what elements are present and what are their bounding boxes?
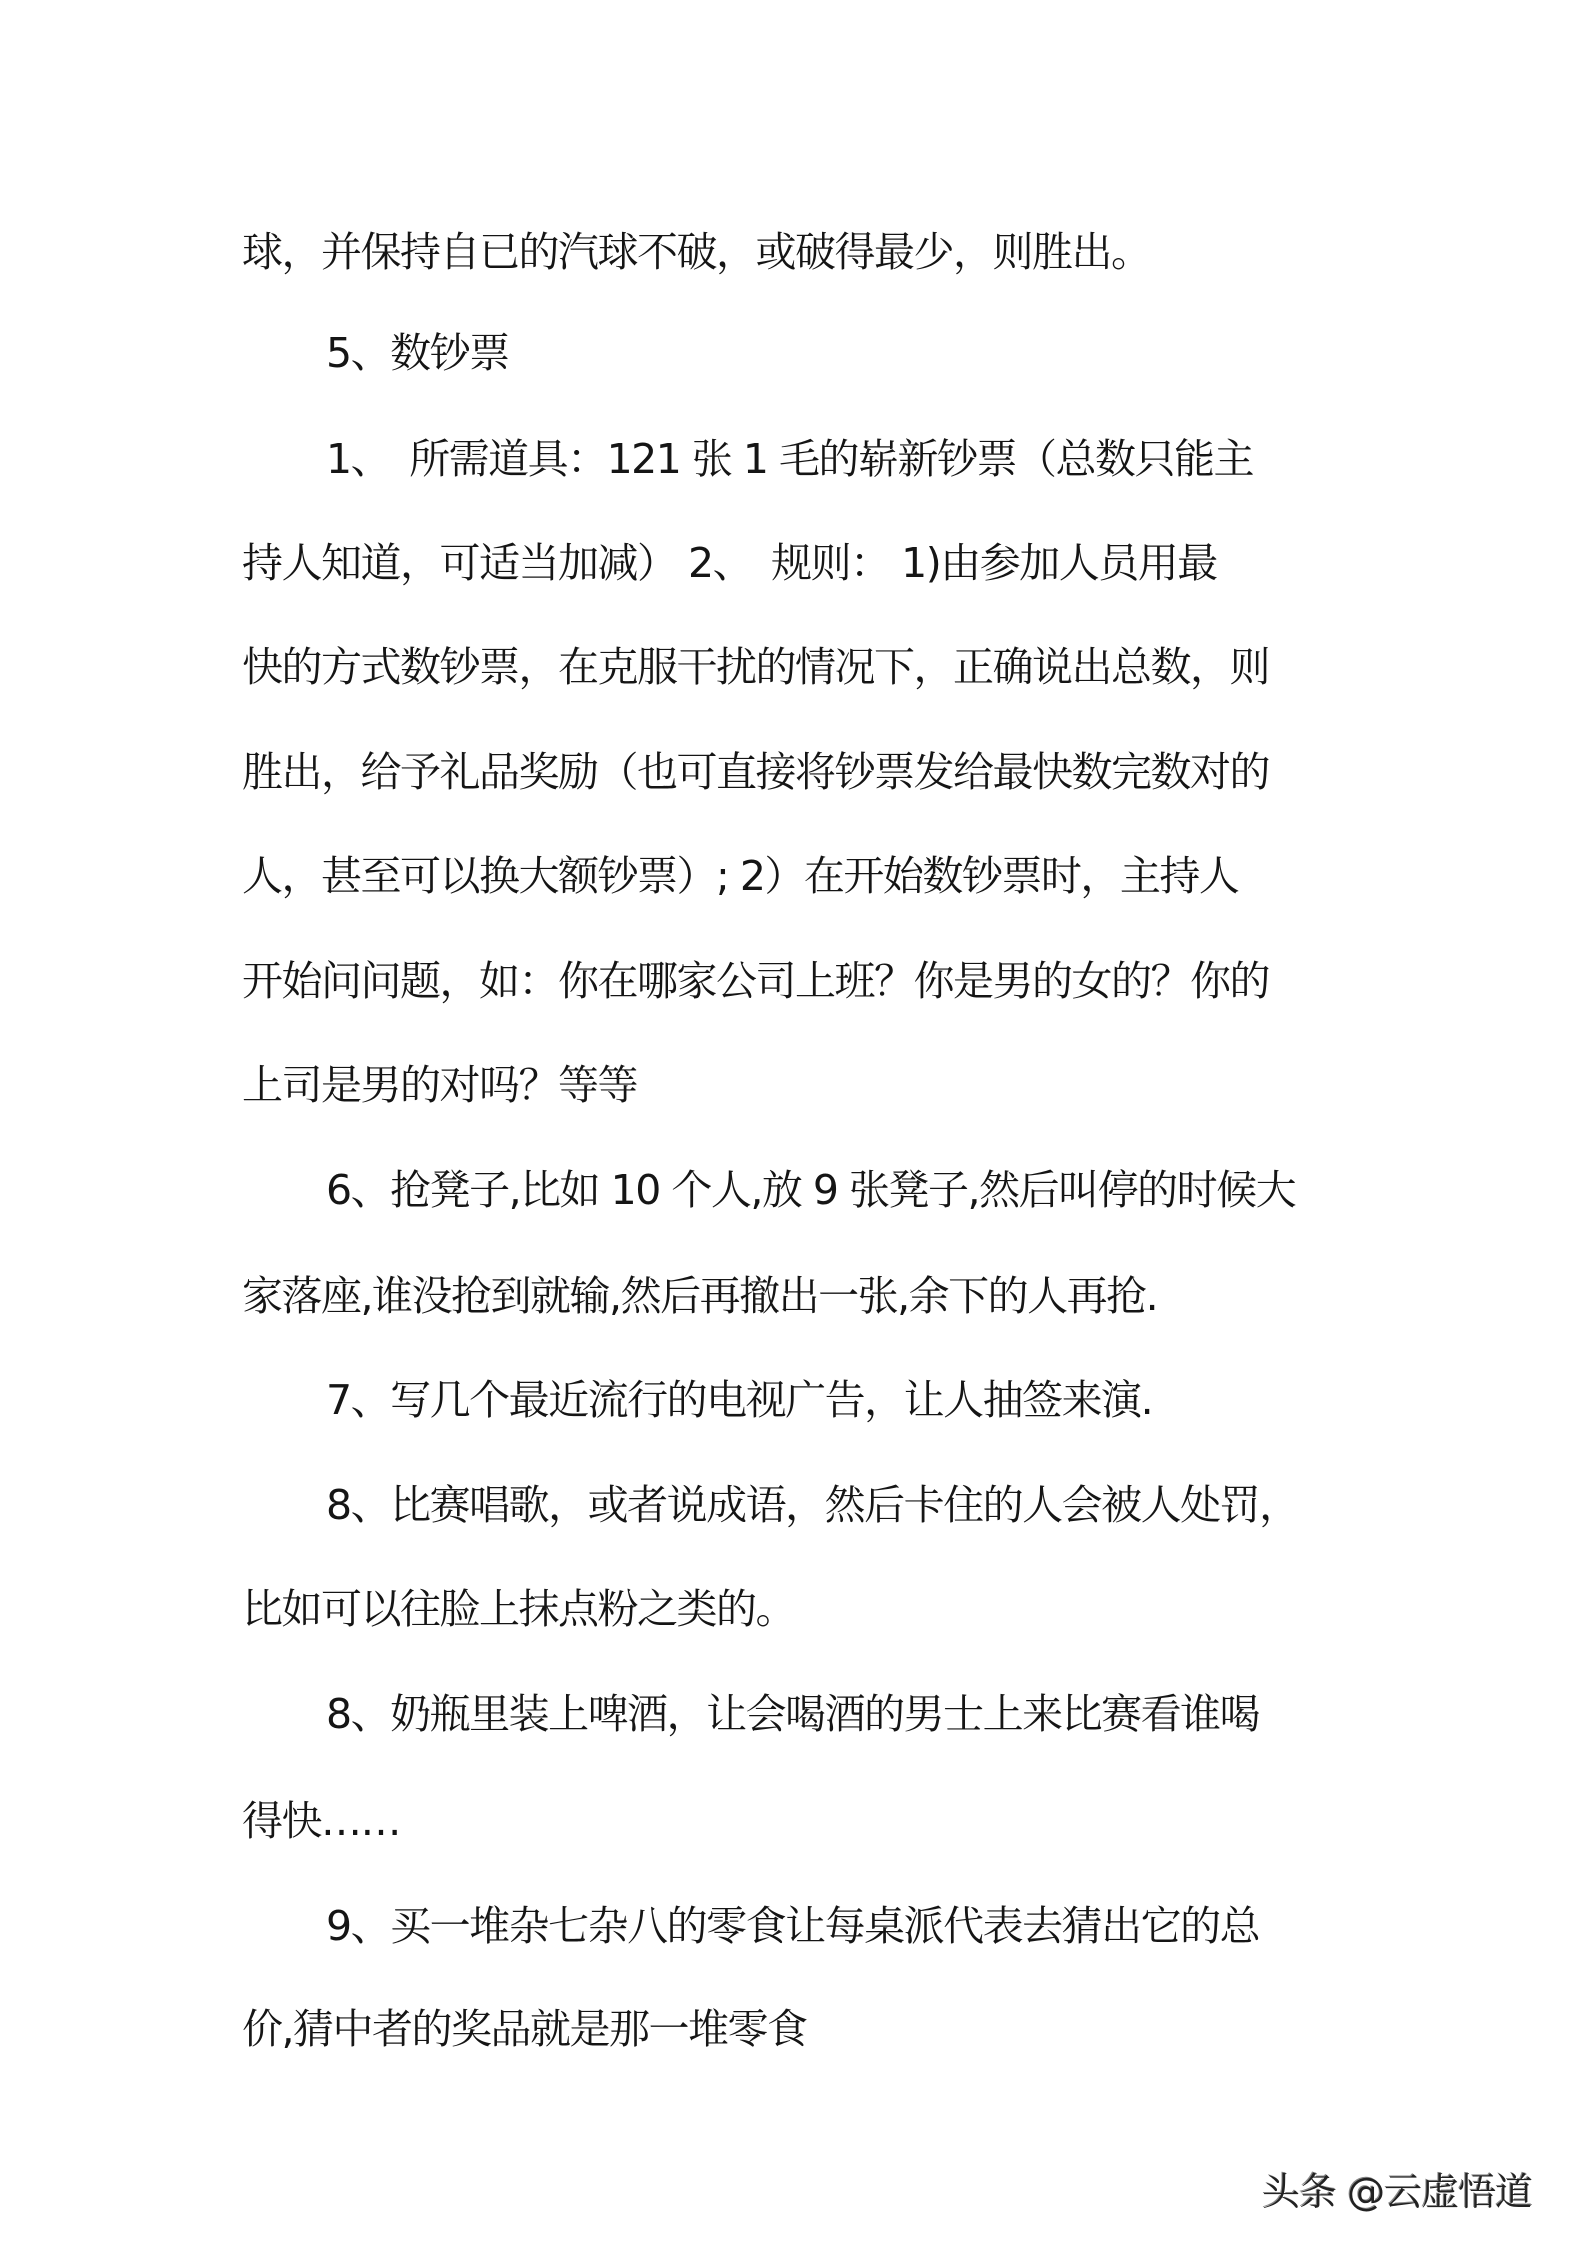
text-line: 开始问问题，如：你在哪家公司上班？你是男的女的？你的 xyxy=(242,951,1362,1011)
section-heading-count-money: 5、数钞票 xyxy=(326,323,1362,383)
text-line: 1、 所需道具：121 张 1 毛的崭新钞票（总数只能主 xyxy=(326,429,1362,489)
text-line: 比如可以往脸上抹点粉之类的。 xyxy=(242,1579,1362,1639)
document-page: 球，并保持自已的汽球不破，或破得最少，则胜出。 5、数钞票 1、 所需道具：12… xyxy=(0,0,1587,2245)
text-line: 人，甚至可以换大额钞票）; 2）在开始数钞票时，主持人 xyxy=(242,846,1362,906)
text-line: 胜出，给予礼品奖励（也可直接将钞票发给最快数完数对的 xyxy=(242,742,1362,802)
text-line: 9、买一堆杂七杂八的零食让每桌派代表去猜出它的总 xyxy=(326,1896,1362,1956)
text-line: 8、比赛唱歌，或者说成语，然后卡住的人会被人处罚， xyxy=(326,1475,1362,1535)
text-line: 6、抢凳子,比如 10 个人,放 9 张凳子,然后叫停的时候大 xyxy=(326,1160,1362,1220)
text-line: 得快…… xyxy=(242,1791,1362,1851)
watermark: 头条 @云虚悟道 xyxy=(1262,2168,1532,2216)
text-line: 快的方式数钞票，在克服干扰的情况下，正确说出总数，则 xyxy=(242,637,1362,697)
text-line: 球，并保持自已的汽球不破，或破得最少，则胜出。 xyxy=(242,222,1362,282)
text-line: 7、写几个最近流行的电视广告，让人抽签来演. xyxy=(326,1370,1362,1430)
text-line: 持人知道，可适当加减） 2、 规则： 1)由参加人员用最 xyxy=(242,533,1362,593)
text-line: 上司是男的对吗？等等 xyxy=(242,1055,1362,1115)
text-line: 家落座,谁没抢到就输,然后再撤出一张,余下的人再抢. xyxy=(242,1266,1362,1326)
text-line: 8、奶瓶里装上啤酒，让会喝酒的男士上来比赛看谁喝 xyxy=(326,1684,1362,1744)
text-line: 价,猜中者的奖品就是那一堆零食 xyxy=(242,1999,1362,2059)
